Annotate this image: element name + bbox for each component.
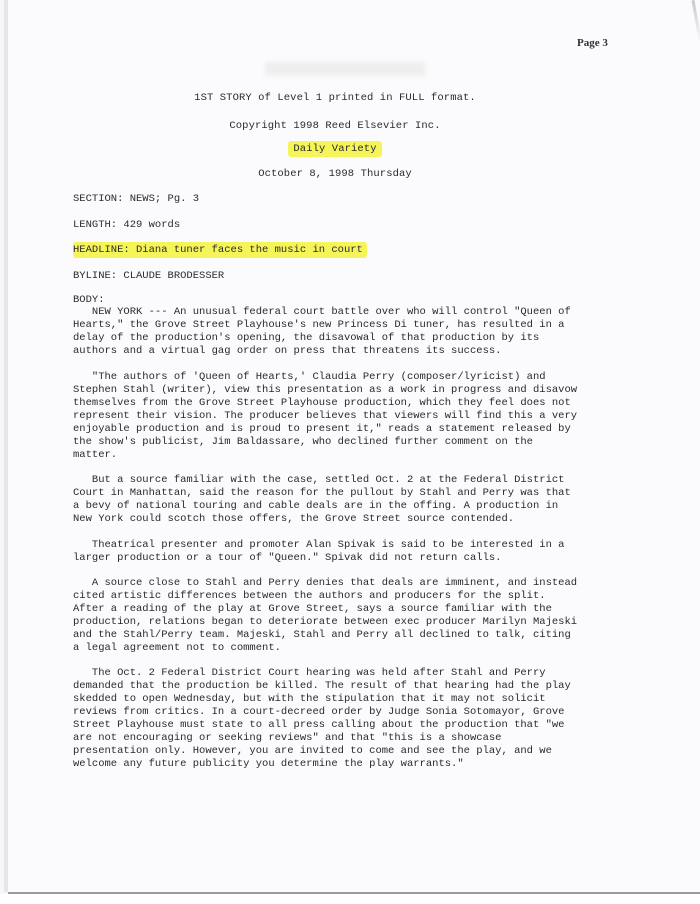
- copyright-line: Copyright 1998 Reed Elsevier Inc.: [0, 120, 670, 132]
- paragraph-2: "The authors of 'Queen of Hearts,' Claud…: [73, 371, 613, 462]
- publication-date: October 8, 1998 Thursday: [0, 168, 670, 180]
- section-field: SECTION: NEWS; Pg. 3: [73, 193, 199, 205]
- paragraph-3: But a source familiar with the case, set…: [73, 474, 613, 526]
- publication-highlight: Daily Variety: [288, 141, 381, 157]
- publication-name: Daily Variety: [0, 143, 670, 155]
- paragraph-1: NEW YORK --- An unusual federal court ba…: [73, 306, 613, 358]
- body-label: BODY:: [73, 294, 105, 306]
- headline-highlight: HEADLINE: Diana tuner faces the music in…: [73, 242, 367, 258]
- paragraph-4: Theatrical presenter and promoter Alan S…: [73, 539, 613, 565]
- headline-field: HEADLINE: Diana tuner faces the music in…: [73, 244, 367, 256]
- story-line: 1ST STORY of Level 1 printed in FULL for…: [0, 92, 670, 104]
- length-field: LENGTH: 429 words: [73, 219, 180, 231]
- byline-field: BYLINE: CLAUDE BRODESSER: [73, 270, 224, 282]
- bleed-through-shadow: [265, 62, 425, 76]
- paragraph-6: The Oct. 2 Federal District Court hearin…: [73, 667, 613, 771]
- page-number: Page 3: [577, 37, 608, 49]
- scanner-background: [0, 894, 700, 904]
- paragraph-5: A source close to Stahl and Perry denies…: [73, 577, 613, 655]
